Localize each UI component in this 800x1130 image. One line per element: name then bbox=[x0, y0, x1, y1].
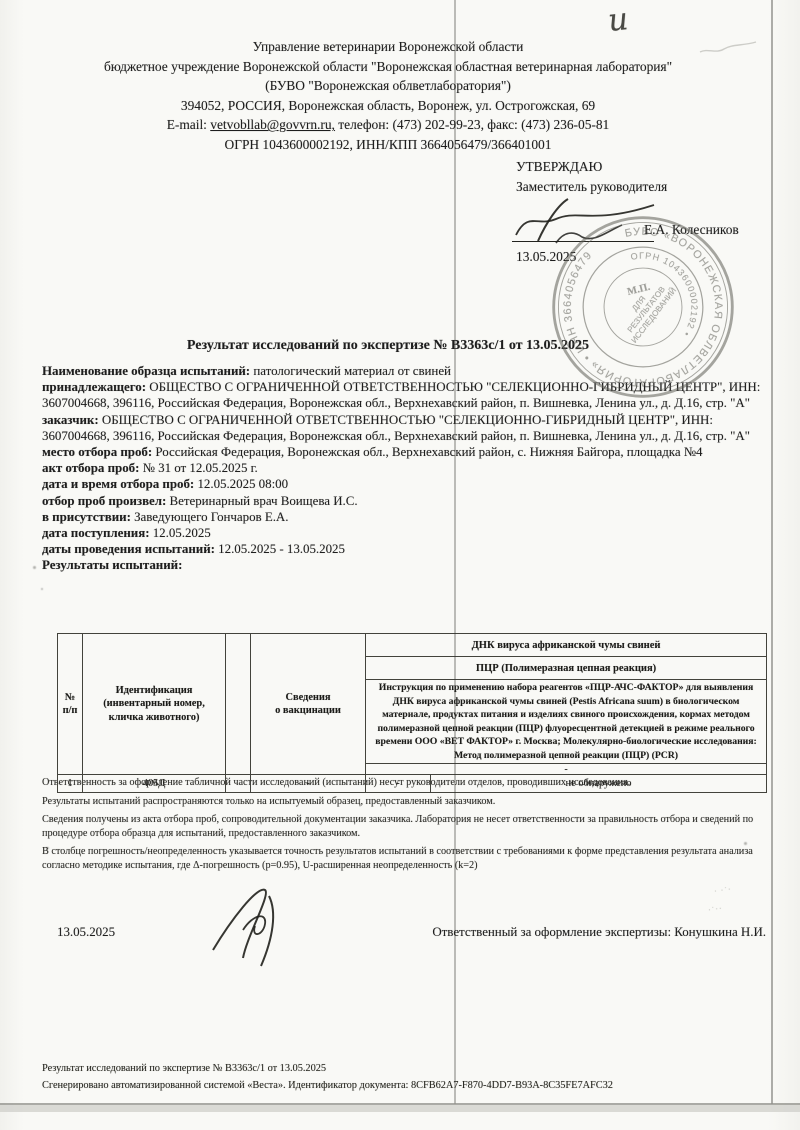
field-witness: в присутствии: Заведующего Гончаров Е.А. bbox=[42, 509, 761, 525]
cell-vaccination: - bbox=[251, 775, 366, 793]
footnote-uncertainty: В столбце погрешность/неопределенность у… bbox=[42, 845, 775, 872]
scan-smudge: ·˙·· bbox=[707, 904, 723, 915]
scan-speck bbox=[33, 566, 36, 569]
org-ogrn-inn: ОГРН 1043600002192, ИНН/КПП 3664056479/3… bbox=[28, 135, 748, 155]
table-header-row: № п/п Идентификация (инвентарный номер, … bbox=[58, 634, 767, 657]
document-page: · ·˙· ·˙·· и Управление ветеринарии Воро… bbox=[0, 0, 800, 1130]
table-row: 1 405Д - - не обнаружено bbox=[58, 775, 767, 793]
col-header-method-detail: Инструкция по применению набора реагенто… bbox=[366, 680, 767, 764]
org-name: бюджетное учреждение Воронежской области… bbox=[28, 57, 748, 77]
scan-speck bbox=[41, 588, 43, 590]
cell-identification: 405Д bbox=[83, 775, 226, 793]
field-sampling-datetime: дата и время отбора проб: 12.05.2025 08:… bbox=[42, 476, 761, 492]
col-header-method-group: ПЦР (Полимеразная цепная реакция) bbox=[366, 657, 767, 680]
field-receipt-date: дата поступления: 12.05.2025 bbox=[42, 525, 761, 541]
executor-signature bbox=[205, 878, 320, 973]
signing-date: 13.05.2025 bbox=[57, 925, 115, 940]
field-sampling-act: акт отбора проб: № 31 от 12.05.2025 г. bbox=[42, 460, 761, 476]
scan-smudge: · ·˙· bbox=[713, 885, 732, 896]
field-sampling-place: место отбора проб: Российская Федерация,… bbox=[42, 444, 761, 460]
col-header-vaccination: Сведения о вакцинации bbox=[251, 634, 366, 775]
results-table: № п/п Идентификация (инвентарный номер, … bbox=[57, 633, 767, 793]
cell-result: не обнаружено bbox=[431, 775, 767, 793]
col-header-disease: ДНК вируса африканской чумы свиней bbox=[366, 634, 767, 657]
footer-generated-by: Сгенерировано автоматизированной системо… bbox=[42, 1077, 762, 1094]
cell-indicator: - bbox=[366, 775, 431, 793]
field-customer: заказчик: ОБЩЕСТВО С ОГРАНИЧЕННОЙ ОТВЕТС… bbox=[42, 412, 761, 444]
email-label: E-mail: bbox=[167, 117, 207, 132]
field-results-heading: Результаты испытаний: bbox=[42, 557, 761, 573]
scan-fold-line bbox=[454, 0, 456, 1104]
approval-heading: УТВЕРЖДАЮ bbox=[516, 157, 786, 177]
sub-indicator-cell: - bbox=[366, 764, 767, 775]
cell-blank bbox=[226, 775, 251, 793]
handwritten-mark: и bbox=[606, 1, 630, 39]
field-testing-dates: даты проведения испытаний: 12.05.2025 - … bbox=[42, 541, 761, 557]
footnote-scope: Результаты испытаний распространяются то… bbox=[42, 795, 775, 809]
document-footer: Результат исследований по экспертизе № В… bbox=[42, 1060, 762, 1094]
phone-fax: телефон: (473) 202-99-23, факс: (473) 23… bbox=[338, 117, 609, 132]
col-header-identification: Идентификация (инвентарный номер, кличка… bbox=[83, 634, 226, 775]
email-value: vetvobllab@govvrn.ru, bbox=[210, 117, 335, 132]
org-contacts: E-mail: vetvobllab@govvrn.ru, телефон: (… bbox=[28, 115, 748, 135]
org-short-name: (БУВО "Воронежская облветлаборатория") bbox=[28, 76, 748, 96]
letterhead: Управление ветеринарии Воронежской облас… bbox=[28, 37, 748, 155]
org-address: 394052, РОССИЯ, Воронежская область, Вор… bbox=[28, 96, 748, 116]
col-header-num: № п/п bbox=[58, 634, 83, 775]
cell-num: 1 bbox=[58, 775, 83, 793]
pencil-scribble bbox=[698, 36, 758, 58]
col-header-spacer bbox=[226, 634, 251, 775]
page-edge-line bbox=[771, 0, 773, 1104]
field-sampler: отбор проб произвел: Ветеринарный врач В… bbox=[42, 493, 761, 509]
footnote-sampling-info: Сведения получены из акта отбора проб, с… bbox=[42, 813, 775, 840]
footer-expertise-ref: Результат исследований по экспертизе № В… bbox=[42, 1060, 762, 1077]
page-bottom-shadow bbox=[0, 1103, 800, 1112]
org-authority: Управление ветеринарии Воронежской облас… bbox=[28, 37, 748, 57]
